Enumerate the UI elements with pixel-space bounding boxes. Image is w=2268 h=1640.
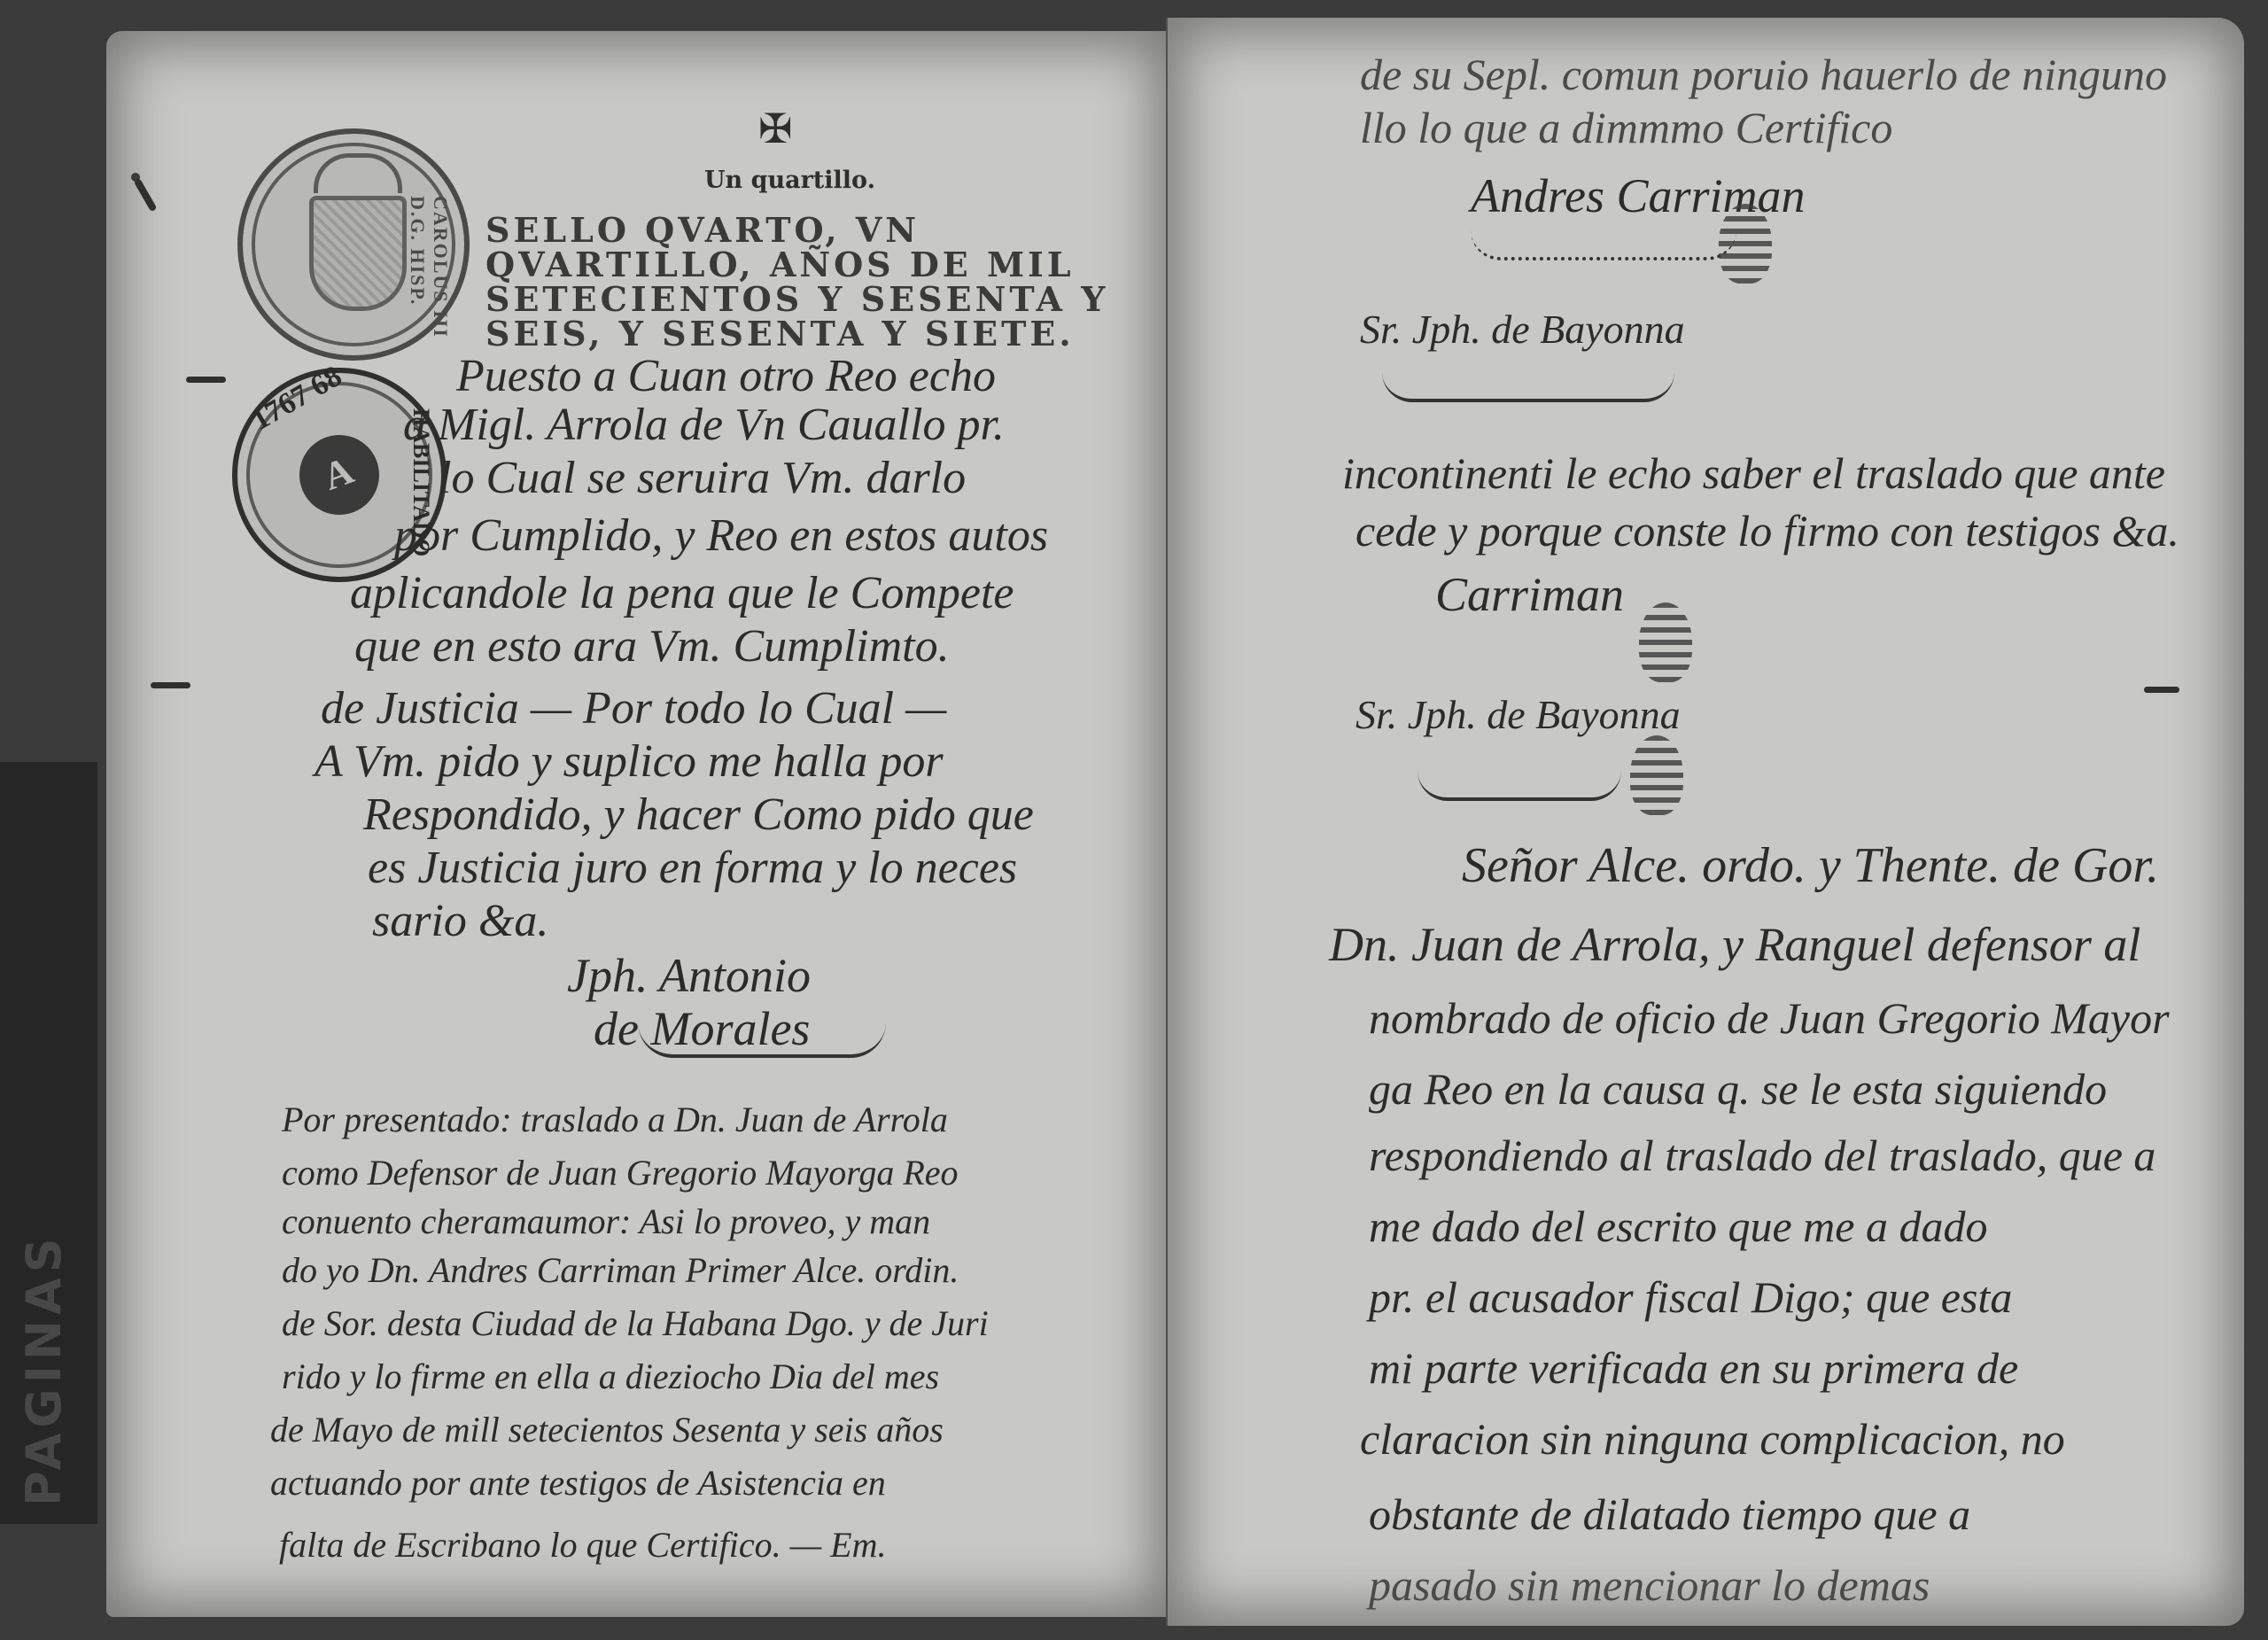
petition-line: sario &a. bbox=[372, 895, 548, 947]
signature-rubric bbox=[1471, 230, 1736, 260]
decree-line: falta de Escribano lo que Certifico. — E… bbox=[279, 1524, 887, 1566]
stamp-price: Un quartillo. bbox=[704, 167, 875, 194]
signature-bayonna: Sr. Jph. de Bayonna bbox=[1360, 306, 1685, 353]
decree-line: rido y lo firme en ella a dieziocho Dia … bbox=[282, 1356, 939, 1397]
text-line: ga Reo en la causa q. se le esta siguien… bbox=[1369, 1063, 2107, 1115]
text-line: cede y porque conste lo firmo con testig… bbox=[1355, 505, 2179, 556]
petition-line: Puesto a Cuan otro Reo echo bbox=[456, 350, 996, 402]
petition-line: por Cumplido, y Reo en estos autos bbox=[394, 509, 1048, 562]
text-line: obstante de dilatado tiempo que a bbox=[1369, 1488, 1970, 1540]
stamp-title: SELLO QVARTO, VN QVARTILLO, AÑOS DE MIL … bbox=[485, 213, 1123, 351]
seal-center: A bbox=[299, 435, 379, 515]
royal-seal: CAROLUS III D.G. HISP. bbox=[237, 128, 470, 361]
decree-line: actuando por ante testigos de Asistencia… bbox=[270, 1462, 886, 1504]
signature-rubric bbox=[638, 1019, 886, 1058]
text-line: llo lo que a dimmmo Certifico bbox=[1360, 102, 1892, 153]
decree-line: como Defensor de Juan Gregorio Mayorga R… bbox=[282, 1152, 959, 1193]
coat-of-arms-icon bbox=[309, 196, 407, 311]
text-line: mi parte verificada en su primera de bbox=[1369, 1342, 2018, 1394]
rubric-flourish-icon bbox=[1630, 735, 1683, 815]
decree-line: Por presentado: traslado a Dn. Juan de A… bbox=[282, 1099, 948, 1140]
signature-carriman: Carriman bbox=[1435, 567, 1624, 622]
text-line: me dado del escrito que me a dado bbox=[1369, 1201, 1987, 1252]
signature-rubric bbox=[1382, 372, 1674, 402]
petition-line: de Justicia — Por todo lo Cual — bbox=[321, 682, 946, 735]
text-line: Dn. Juan de Arrola, y Ranguel defensor a… bbox=[1329, 917, 2140, 972]
seal-legend: CAROLUS III D.G. HISP. bbox=[406, 196, 452, 355]
text-line: nombrado de oficio de Juan Gregorio Mayo… bbox=[1369, 992, 2170, 1044]
signature-rubric bbox=[1417, 771, 1621, 801]
text-line: incontinenti le echo saber el traslado q… bbox=[1342, 447, 2165, 499]
petition-line: a Migl. Arrola de Vn Cauallo pr. bbox=[403, 399, 1005, 451]
text-line: respondiendo al traslado del traslado, q… bbox=[1369, 1130, 2155, 1181]
ink-mark bbox=[2144, 687, 2179, 693]
ink-mark bbox=[151, 682, 190, 688]
cross-icon: ✠ bbox=[758, 105, 793, 152]
petition-line: Respondido, y hacer Como pido que bbox=[363, 789, 1034, 841]
petition-line: lo Cual se seruira Vm. darlo bbox=[439, 452, 966, 504]
text-line: claracion sin ninguna complicacion, no bbox=[1360, 1413, 2065, 1465]
crown-icon bbox=[314, 153, 402, 193]
margin-label: PAGINAS bbox=[16, 780, 78, 1506]
text-line: pasado sin mencionar lo demas bbox=[1369, 1559, 1930, 1611]
rubric-flourish-icon bbox=[1639, 602, 1692, 682]
petition-line: aplicandole la pena que le Compete bbox=[350, 567, 1014, 619]
address-heading: Señor Alce. ordo. y Thente. de Gor. bbox=[1462, 837, 2159, 894]
ink-mark bbox=[186, 377, 226, 383]
text-line: pr. el acusador fiscal Digo; que esta bbox=[1369, 1271, 2012, 1323]
decree-line: do yo Dn. Andres Carriman Primer Alce. o… bbox=[282, 1249, 959, 1291]
petition-line: A Vm. pido y suplico me halla por bbox=[315, 735, 944, 788]
seal-center-text: A bbox=[317, 447, 359, 500]
decree-line: de Mayo de mill setecientos Sesenta y se… bbox=[270, 1409, 944, 1450]
petition-line: es Justicia juro en forma y lo neces bbox=[368, 842, 1017, 894]
decree-line: de Sor. desta Ciudad de la Habana Dgo. y… bbox=[282, 1302, 989, 1344]
text-line: de su Sepl. comun poruio hauerlo de ning… bbox=[1360, 49, 2167, 100]
decree-line: conuento cheramaumor: Asi lo proveo, y m… bbox=[282, 1201, 930, 1242]
signature-line: Jph. Antonio bbox=[567, 948, 811, 1003]
signature-bayonna: Sr. Jph. de Bayonna bbox=[1355, 691, 1681, 738]
petition-line: que en esto ara Vm. Cumplimto. bbox=[354, 620, 950, 672]
